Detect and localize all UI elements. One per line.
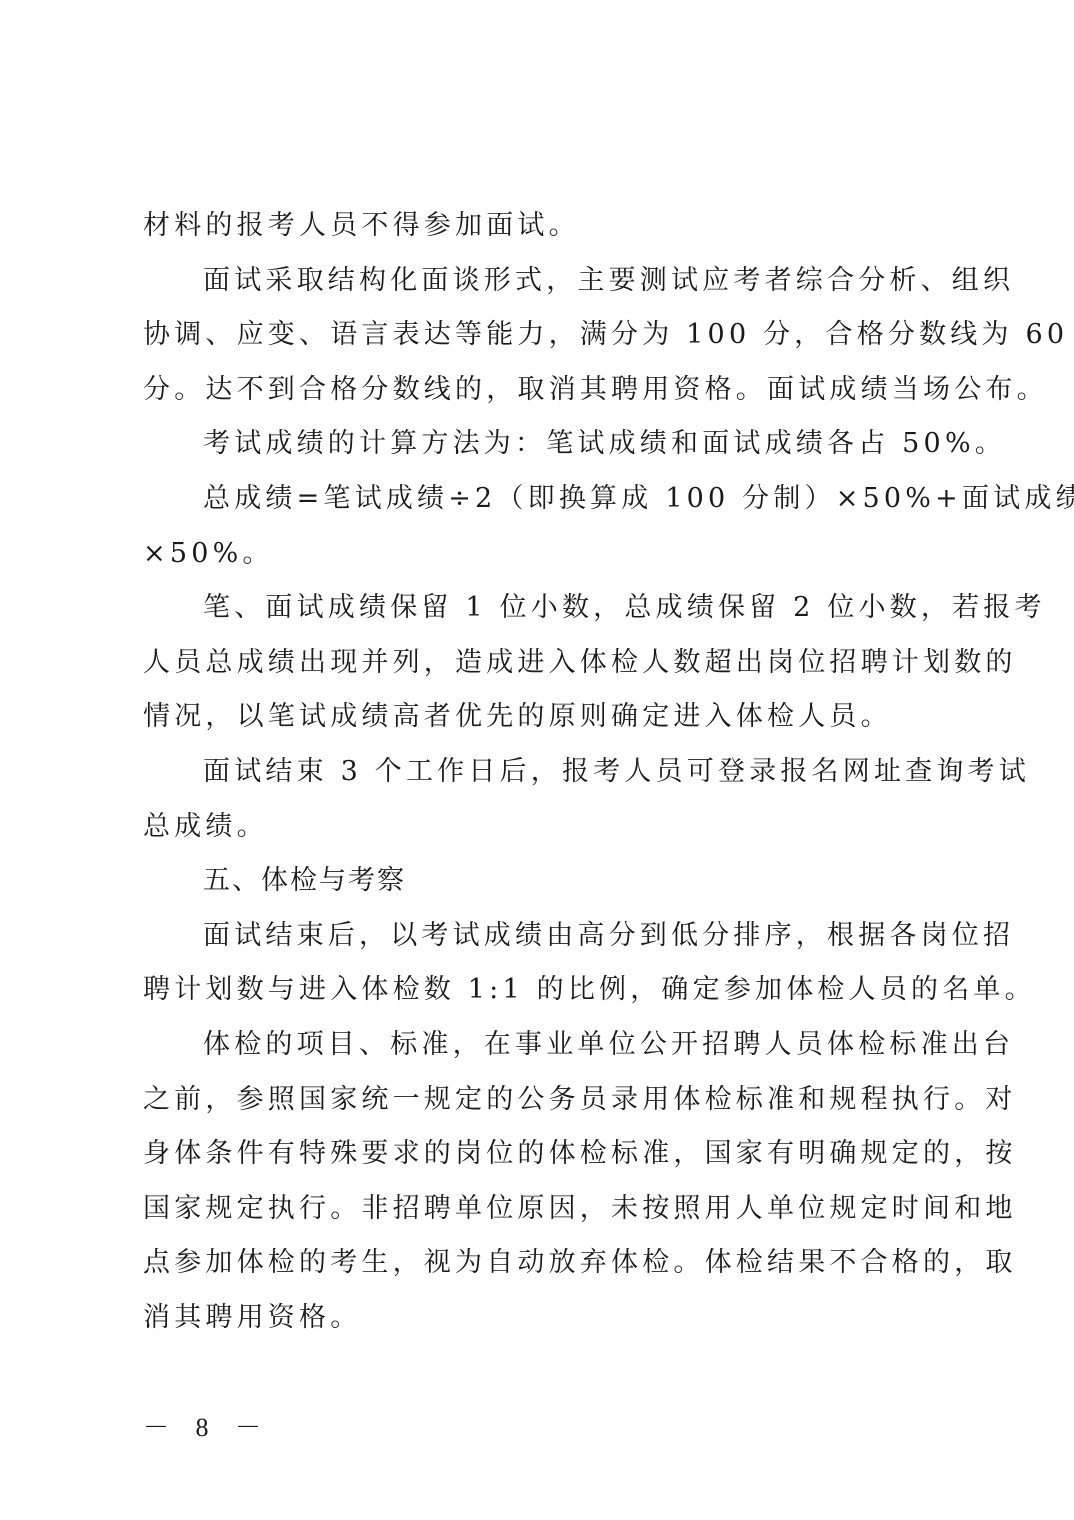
text-line: 之前，参照国家统一规定的公务员录用体检标准和规程执行。对 xyxy=(143,1073,941,1128)
document-page: 材料的报考人员不得参加面试。 面试采取结构化面谈形式，主要测试应考者综合分析、组… xyxy=(0,0,1074,1520)
text-line: 身体条件有特殊要求的岗位的体检标准，国家有明确规定的，按 xyxy=(143,1127,941,1182)
paragraph-decimal-rules: 笔、面试成绩保留 1 位小数，总成绩保留 2 位小数，若报考 人员总成绩出现并列… xyxy=(143,581,941,745)
text-line: 协调、应变、语言表达等能力，满分为 100 分，合格分数线为 60 xyxy=(143,308,941,363)
text-line: 消其聘用资格。 xyxy=(143,1291,941,1346)
text-line: 面试结束后，以考试成绩由高分到低分排序，根据各岗位招 xyxy=(143,909,941,964)
document-body: 材料的报考人员不得参加面试。 面试采取结构化面谈形式，主要测试应考者综合分析、组… xyxy=(143,199,941,1345)
text-line: 聘计划数与进入体检数 1:1 的比例，确定参加体检人员的名单。 xyxy=(143,963,941,1018)
text-line: 人员总成绩出现并列，造成进入体检人数超出岗位招聘计划数的 xyxy=(143,636,941,691)
text-line: 材料的报考人员不得参加面试。 xyxy=(143,199,941,254)
section-heading-physical-exam: 五、体检与考察 xyxy=(143,854,941,909)
text-line: 体检的项目、标准，在事业单位公开招聘人员体检标准出台 xyxy=(143,1018,941,1073)
paragraph-total-score-formula: 总成绩=笔试成绩÷2（即换算成 100 分制）×50%+面试成绩 ×50%。 xyxy=(143,472,941,581)
paragraph-exam-standards: 体检的项目、标准，在事业单位公开招聘人员体检标准出台 之前，参照国家统一规定的公… xyxy=(143,1018,941,1346)
text-line: 面试采取结构化面谈形式，主要测试应考者综合分析、组织 xyxy=(143,254,941,309)
text-line: 情况，以笔试成绩高者优先的原则确定进入体检人员。 xyxy=(143,690,941,745)
text-line: 国家规定执行。非招聘单位原因，未按照用人单位规定时间和地 xyxy=(143,1182,941,1237)
text-line: 总成绩。 xyxy=(143,800,941,855)
page-number: － 8 － xyxy=(143,1407,271,1444)
paragraph-interview-format: 面试采取结构化面谈形式，主要测试应考者综合分析、组织 协调、应变、语言表达等能力… xyxy=(143,254,941,418)
text-line: 笔、面试成绩保留 1 位小数，总成绩保留 2 位小数，若报考 xyxy=(143,581,941,636)
paragraph-interview-materials: 材料的报考人员不得参加面试。 xyxy=(143,199,941,254)
text-line: 分。达不到合格分数线的，取消其聘用资格。面试成绩当场公布。 xyxy=(143,363,941,418)
text-line: 考试成绩的计算方法为：笔试成绩和面试成绩各占 50%。 xyxy=(143,417,941,472)
paragraph-score-method: 考试成绩的计算方法为：笔试成绩和面试成绩各占 50%。 xyxy=(143,417,941,472)
paragraph-exam-ranking: 面试结束后，以考试成绩由高分到低分排序，根据各岗位招 聘计划数与进入体检数 1:… xyxy=(143,909,941,1018)
text-line: 点参加体检的考生，视为自动放弃体检。体检结果不合格的，取 xyxy=(143,1236,941,1291)
paragraph-score-query: 面试结束 3 个工作日后，报考人员可登录报名网址查询考试 总成绩。 xyxy=(143,745,941,854)
text-line: 面试结束 3 个工作日后，报考人员可登录报名网址查询考试 xyxy=(143,745,941,800)
text-line: 总成绩=笔试成绩÷2（即换算成 100 分制）×50%+面试成绩 xyxy=(143,472,941,527)
text-line: ×50%。 xyxy=(143,527,941,582)
